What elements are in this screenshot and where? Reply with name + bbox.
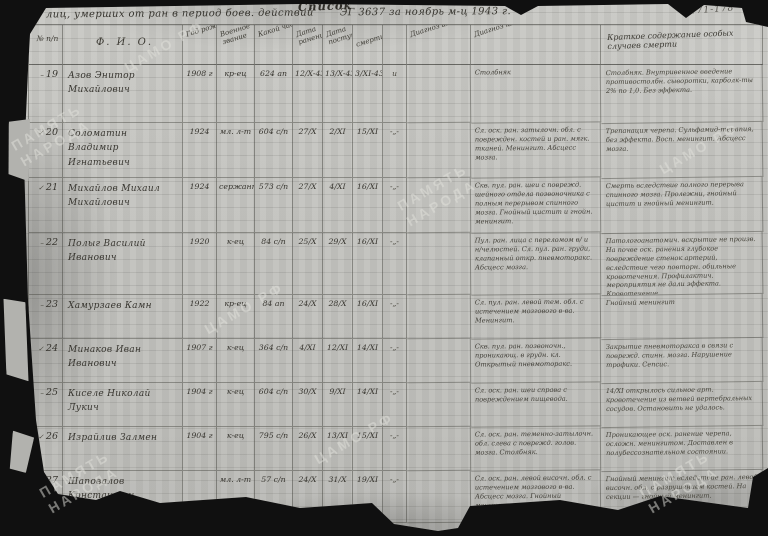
cell-rank: сержант bbox=[217, 178, 255, 233]
check-mark: ✓ bbox=[38, 345, 44, 353]
torn-paper-shard bbox=[7, 431, 34, 474]
cell-name: Михайлов Михаил Михайлович bbox=[63, 178, 183, 233]
cell-ditto: и bbox=[383, 65, 407, 123]
cell-unit: 795 с/п bbox=[255, 427, 293, 471]
hospital-ref: ЭГ 3637 за ноябрь м-ц 1943 г. bbox=[340, 6, 511, 18]
cell-number: ✓24 bbox=[29, 339, 63, 383]
cell-ditto: -„- bbox=[383, 339, 407, 383]
row-number: 21 bbox=[46, 182, 58, 193]
cell-date-death: 14/XI bbox=[353, 383, 383, 427]
table-row: ✓21 Михайлов Михаил Михайлович 1924 серж… bbox=[28, 178, 768, 233]
cell-ditto: -„- bbox=[383, 295, 407, 339]
table-row: –22 Полыг Василий Иванович 1920 к-ец 84 … bbox=[28, 233, 768, 295]
table-row: –23 Хамурзаев Камн 1922 кр-ец 84 ап 24/X… bbox=[28, 295, 768, 339]
cell-ditto: -„- bbox=[383, 233, 407, 295]
cell-unit: 364 с/п bbox=[255, 339, 293, 383]
row-number: 22 bbox=[46, 237, 58, 248]
col-header-ditto bbox=[383, 25, 407, 65]
col-header-anat: Диагноз анатомич. bbox=[407, 25, 471, 65]
cell-diagnosis-clinical: Сл. оск. ран. левой височн. обл. с истеч… bbox=[471, 470, 601, 523]
cell-death-notes: 14/XI открылось сильное арт. кровотечени… bbox=[601, 382, 764, 428]
check-mark: ✓ bbox=[38, 477, 44, 485]
cell-name: Киселе Николай Лукич bbox=[63, 383, 183, 427]
cell-number: ✓26 bbox=[29, 427, 63, 471]
cell-diagnosis-anatomical bbox=[407, 178, 471, 234]
cell-birth-year: 1922 bbox=[183, 295, 217, 339]
cell-name: Полыг Василий Иванович bbox=[63, 233, 183, 295]
cell-rank: мл. л-т bbox=[217, 123, 255, 178]
cell-number: –25 bbox=[29, 383, 63, 427]
cell-date-admitted: 13/XI bbox=[323, 427, 353, 471]
check-mark: – bbox=[40, 389, 44, 397]
cell-birth-year: 1908 г bbox=[183, 65, 217, 123]
cell-date-wounded: 4/XI bbox=[293, 339, 323, 383]
cell-unit: 84 с/п bbox=[255, 233, 293, 295]
cell-name: Шаповалов Константин Иванович bbox=[63, 471, 183, 523]
cell-ditto: -„- bbox=[383, 383, 407, 427]
cell-birth-year: 1904 г bbox=[183, 383, 217, 427]
col-header-rank: Военное звание bbox=[217, 25, 255, 65]
cell-diagnosis-clinical: Пул. ран. лица с переломом в/ и н/челюст… bbox=[471, 232, 602, 295]
cell-date-death: 19/XI bbox=[353, 471, 383, 523]
cell-death-notes: Смерть вследствие полного перерыва спинн… bbox=[601, 177, 764, 234]
cell-date-death: 16/XI bbox=[353, 295, 383, 339]
cell-rank: к-ец bbox=[217, 233, 255, 295]
cell-diagnosis-anatomical bbox=[407, 233, 472, 296]
cell-diagnosis-clinical: Сл. пул. ран. левой тем. обл. с истечени… bbox=[471, 294, 601, 339]
cell-name: Минаков Иван Иванович bbox=[63, 339, 183, 383]
cell-unit: 604 с/п bbox=[255, 123, 293, 178]
col-header-name: Ф. И. О. bbox=[63, 25, 183, 65]
cell-name: Азов Энитор Михайлович bbox=[63, 65, 183, 123]
row-number: 23 bbox=[46, 299, 58, 310]
cell-date-admitted: 12/XI bbox=[323, 339, 353, 383]
col-header-year: Год рожден. bbox=[183, 25, 217, 65]
cell-diagnosis-anatomical bbox=[407, 471, 471, 524]
cell-date-wounded: 25/X bbox=[293, 233, 323, 295]
cell-number: ✓21 bbox=[29, 178, 63, 233]
cell-birth-year: 1924 bbox=[183, 123, 217, 178]
cell-birth-year bbox=[183, 471, 217, 523]
cell-date-wounded: 24/X bbox=[293, 295, 323, 339]
cell-date-admitted: 2/XI bbox=[323, 123, 353, 178]
row-number: 24 bbox=[46, 343, 58, 354]
cell-unit: 84 ап bbox=[255, 295, 293, 339]
table-row: –25 Киселе Николай Лукич 1904 г к-ец 604… bbox=[28, 383, 768, 427]
scanned-document-photo: лиц, умерших от ран в период боев. дейст… bbox=[0, 0, 768, 536]
check-mark: ✓ bbox=[38, 129, 44, 137]
table-header-row: № п/п Ф. И. О. Год рожден. Военное звани… bbox=[28, 25, 768, 65]
cell-rank: кр-ец bbox=[217, 295, 255, 339]
table-row: ✓26 Израйлив Залмен 1904 г к-ец 795 с/п … bbox=[28, 427, 768, 471]
cell-diagnosis-clinical: Столбняк bbox=[471, 64, 602, 123]
casualty-register-table: № п/п Ф. И. О. Год рожден. Военное звани… bbox=[28, 24, 768, 523]
check-mark: – bbox=[40, 71, 44, 79]
cell-number: –22 bbox=[29, 233, 63, 295]
cell-date-admitted: 29/X bbox=[323, 233, 353, 295]
cell-ditto: -„- bbox=[383, 123, 407, 178]
cell-date-death: 3/XI-43г bbox=[353, 65, 383, 123]
cell-date-admitted: 13/X-43 bbox=[323, 65, 353, 123]
row-number: 26 bbox=[46, 431, 58, 442]
cell-date-wounded: 27/X bbox=[293, 178, 323, 233]
register-page: лиц, умерших от ран в период боев. дейст… bbox=[0, 0, 768, 536]
cell-date-wounded: 27/X bbox=[293, 123, 323, 178]
row-number: 19 bbox=[46, 69, 58, 80]
row-number: 27 bbox=[46, 475, 58, 486]
cell-ditto: -„- bbox=[383, 427, 407, 471]
cell-diagnosis-anatomical bbox=[407, 295, 471, 340]
cell-diagnosis-clinical: Скв. пул. ран. позвоночн., проникающ. в … bbox=[471, 338, 601, 383]
cell-date-death: 15/XI bbox=[353, 427, 383, 471]
table-row: ✓20 Соломатин Владимир Игнатьевич 1924 м… bbox=[28, 123, 768, 178]
cell-date-death: 16/XI bbox=[353, 178, 383, 233]
col-header-unit: Какой части bbox=[255, 25, 293, 65]
cell-diagnosis-anatomical bbox=[407, 427, 471, 472]
row-number: 25 bbox=[46, 387, 58, 398]
cell-rank: к-ец bbox=[217, 339, 255, 383]
cell-date-wounded: 26/X bbox=[293, 427, 323, 471]
table-row: ✓27 Шаповалов Константин Иванович мл. л-… bbox=[28, 471, 768, 523]
cell-name: Хамурзаев Камн bbox=[63, 295, 183, 339]
cell-date-death: 16/XI bbox=[353, 233, 383, 295]
document-title: лиц, умерших от ран в период боев. дейст… bbox=[46, 5, 726, 21]
cell-date-admitted: 28/X bbox=[323, 295, 353, 339]
cell-date-death: 15/XI bbox=[353, 123, 383, 178]
cell-death-notes: Проникающее оск. ранение черепа, осложн.… bbox=[601, 426, 764, 472]
cell-number: ✓27 bbox=[29, 471, 63, 523]
page-reference: 171-178 bbox=[690, 3, 735, 16]
col-header-death: смерти bbox=[353, 25, 383, 65]
cell-date-admitted: 9/XI bbox=[323, 383, 353, 427]
cell-birth-year: 1920 bbox=[183, 233, 217, 295]
cell-rank: кр-ец bbox=[217, 65, 255, 123]
cell-rank: к-ец bbox=[217, 383, 255, 427]
cell-date-wounded: 24/X bbox=[293, 471, 323, 523]
cell-diagnosis-clinical: Сл. оск. ран. теменно-затылочн. обл. сле… bbox=[471, 426, 601, 471]
cell-date-wounded: 12/X-43г bbox=[293, 65, 323, 123]
cell-diagnosis-anatomical bbox=[407, 123, 471, 179]
cell-number: ✓20 bbox=[29, 123, 63, 178]
cell-diagnosis-clinical: Сл. оск. ран. шеи справа с повреждением … bbox=[471, 382, 601, 427]
cell-death-notes: Закрытие пневмоторакса в связи с поврежд… bbox=[601, 338, 764, 384]
col-header-clin: Диагноз клинический bbox=[471, 25, 601, 65]
cell-number: –19 bbox=[29, 65, 63, 123]
table-row: ✓24 Минаков Иван Иванович 1907 г к-ец 36… bbox=[28, 339, 768, 383]
title-text: лиц, умерших от ран в период боев. дейст… bbox=[46, 8, 314, 21]
cell-birth-year: 1924 bbox=[183, 178, 217, 233]
cell-date-admitted: 4/XI bbox=[323, 178, 353, 233]
cell-death-notes: Столбняк. Внутривенное введение противос… bbox=[601, 64, 764, 124]
cell-diagnosis-clinical: Скв. пул. ран. шеи с поврежд. шейного от… bbox=[471, 177, 601, 233]
table-body: –19 Азов Энитор Михайлович 1908 г кр-ец … bbox=[28, 65, 768, 523]
title-word-spisok: Список bbox=[298, 0, 353, 14]
cell-diagnosis-anatomical bbox=[407, 65, 472, 124]
col-header-notes: Краткое содержание особых случаев смерти bbox=[601, 25, 763, 65]
cell-name: Соломатин Владимир Игнатьевич bbox=[63, 123, 183, 178]
cell-unit: 573 с/п bbox=[255, 178, 293, 233]
row-number: 20 bbox=[46, 127, 58, 138]
cell-rank: к-ец bbox=[217, 427, 255, 471]
cell-rank: мл. л-т bbox=[217, 471, 255, 523]
col-header-admitted: Дата поступления bbox=[323, 25, 353, 65]
cell-date-wounded: 30/X bbox=[293, 383, 323, 427]
check-mark: ✓ bbox=[38, 184, 44, 192]
cell-diagnosis-clinical: Сл. оск. ран. затылочн. обл. с поврежден… bbox=[471, 122, 601, 178]
table-row: –19 Азов Энитор Михайлович 1908 г кр-ец … bbox=[28, 65, 768, 123]
cell-birth-year: 1907 г bbox=[183, 339, 217, 383]
cell-name: Израйлив Залмен bbox=[63, 427, 183, 471]
cell-date-admitted: 31/X bbox=[323, 471, 353, 523]
cell-death-notes: Гнойный менингит вследствие ран. левой в… bbox=[601, 470, 764, 524]
col-header-wounded: Дата ранения bbox=[293, 25, 323, 65]
cell-ditto: -„- bbox=[383, 471, 407, 523]
col-header-num: № п/п bbox=[29, 25, 63, 65]
check-mark: – bbox=[40, 301, 44, 309]
cell-unit: 624 ап bbox=[255, 65, 293, 123]
cell-birth-year: 1904 г bbox=[183, 427, 217, 471]
cell-death-notes: Гнойный менингит bbox=[601, 294, 764, 340]
cell-death-notes: Патологоанатомич. вскрытие не произв. На… bbox=[601, 232, 764, 296]
cell-death-notes: Трепанация черепа. Сульфамид-терапия, бе… bbox=[601, 122, 764, 179]
cell-diagnosis-anatomical bbox=[407, 383, 471, 428]
torn-paper-shard bbox=[1, 297, 31, 382]
cell-diagnosis-anatomical bbox=[407, 339, 471, 384]
cell-unit: 604 с/п bbox=[255, 383, 293, 427]
check-mark: ✓ bbox=[38, 433, 44, 441]
cell-ditto: -„- bbox=[383, 178, 407, 233]
cell-date-death: 14/XI bbox=[353, 339, 383, 383]
check-mark: – bbox=[40, 239, 44, 247]
cell-number: –23 bbox=[29, 295, 63, 339]
cell-unit: 57 с/п bbox=[255, 471, 293, 523]
